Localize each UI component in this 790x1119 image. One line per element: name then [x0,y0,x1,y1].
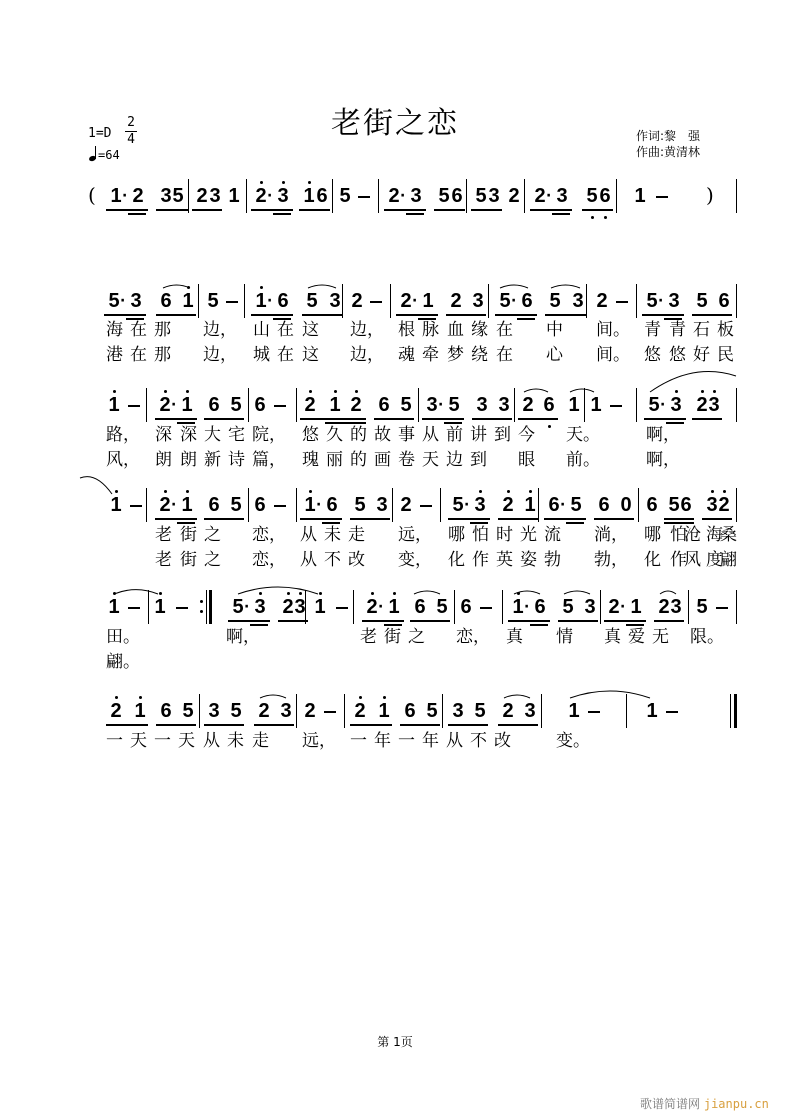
slur-arc [570,691,650,698]
slur-arc [114,590,158,594]
slur-arc [660,591,676,594]
slur-arc [564,591,590,594]
slur-arc [500,285,528,288]
watermark-cn: 歌谱简谱网 [640,1097,700,1111]
slur-layer [0,0,790,1119]
slur-arc [514,591,540,594]
watermark-en: jianpu.cn [704,1097,769,1111]
slur-arc [80,477,112,494]
slur-arc [163,285,190,288]
slur-arc [570,389,594,392]
page-number: 第 1页 [0,1033,790,1050]
slur-arc [260,695,286,698]
watermark: 歌谱简谱网 jianpu.cn [640,1095,769,1112]
slur-arc [524,389,548,392]
slur-arc [650,372,736,392]
slur-arc [551,285,580,288]
slur-arc [308,285,336,288]
slur-arc [414,591,440,594]
slur-arc [504,695,530,698]
slur-arc [238,587,318,594]
